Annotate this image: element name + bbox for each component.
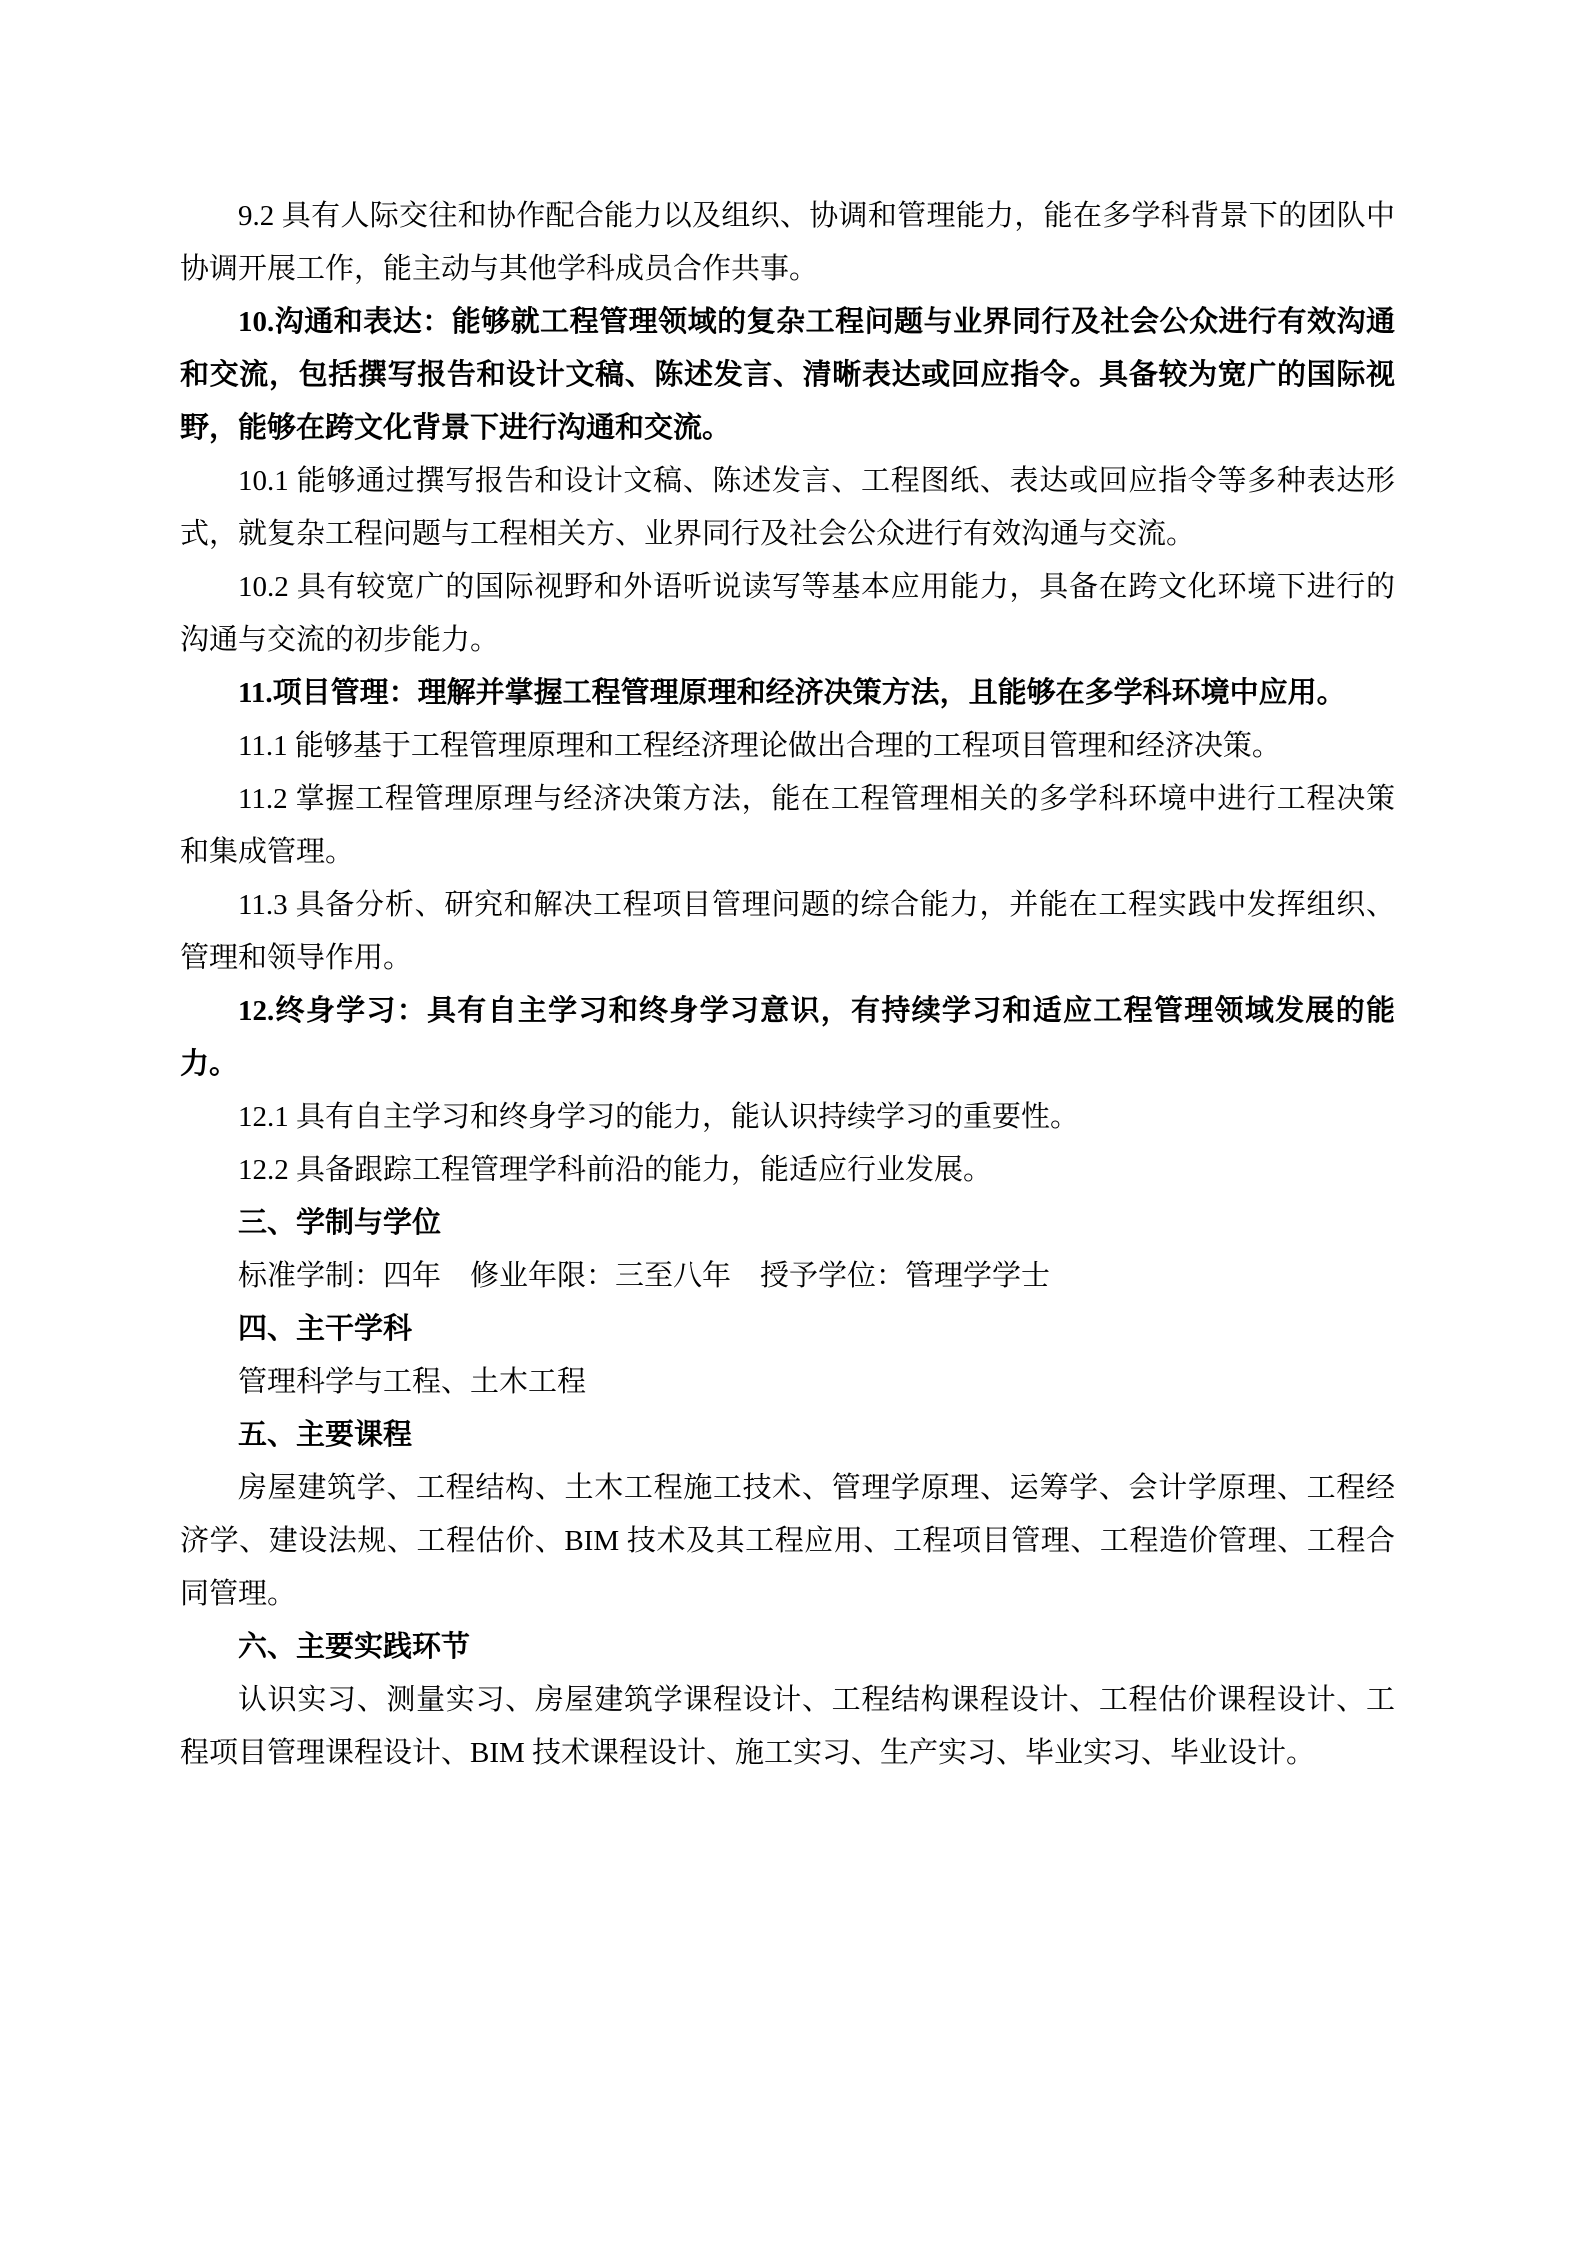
body-paragraph: 管理科学与工程、土木工程 xyxy=(180,1356,1395,1409)
document-page: 9.2 具有人际交往和协作配合能力以及组织、协调和管理能力，能在多学科背景下的团… xyxy=(0,0,1586,2245)
outcome-heading-paragraph: 11.项目管理：理解并掌握工程管理原理和经济决策方法，且能够在多学科环境中应用。 xyxy=(180,667,1395,720)
outcome-heading-paragraph: 12.终身学习：具有自主学习和终身学习意识，有持续学习和适应工程管理领域发展的能… xyxy=(180,985,1395,1091)
outcome-heading-paragraph: 10.沟通和表达：能够就工程管理领域的复杂工程问题与业界同行及社会公众进行有效沟… xyxy=(180,296,1395,455)
body-paragraph: 12.2 具备跟踪工程管理学科前沿的能力，能适应行业发展。 xyxy=(180,1144,1395,1197)
body-paragraph: 11.1 能够基于工程管理原理和工程经济理论做出合理的工程项目管理和经济决策。 xyxy=(180,720,1395,773)
body-paragraph: 标准学制：四年 修业年限：三至八年 授予学位：管理学学士 xyxy=(180,1250,1395,1303)
body-paragraph: 9.2 具有人际交往和协作配合能力以及组织、协调和管理能力，能在多学科背景下的团… xyxy=(180,190,1395,296)
section-heading: 四、主干学科 xyxy=(180,1303,1395,1356)
body-paragraph: 12.1 具有自主学习和终身学习的能力，能认识持续学习的重要性。 xyxy=(180,1091,1395,1144)
body-paragraph: 11.3 具备分析、研究和解决工程项目管理问题的综合能力，并能在工程实践中发挥组… xyxy=(180,879,1395,985)
body-paragraph: 10.2 具有较宽广的国际视野和外语听说读写等基本应用能力，具备在跨文化环境下进… xyxy=(180,561,1395,667)
body-paragraph: 11.2 掌握工程管理原理与经济决策方法，能在工程管理相关的多学科环境中进行工程… xyxy=(180,773,1395,879)
document-text: 9.2 具有人际交往和协作配合能力以及组织、协调和管理能力，能在多学科背景下的团… xyxy=(180,190,1395,1780)
section-heading: 五、主要课程 xyxy=(180,1409,1395,1462)
section-heading: 六、主要实践环节 xyxy=(180,1621,1395,1674)
section-heading: 三、学制与学位 xyxy=(180,1197,1395,1250)
body-paragraph: 10.1 能够通过撰写报告和设计文稿、陈述发言、工程图纸、表达或回应指令等多种表… xyxy=(180,455,1395,561)
body-paragraph: 认识实习、测量实习、房屋建筑学课程设计、工程结构课程设计、工程估价课程设计、工程… xyxy=(180,1674,1395,1780)
body-paragraph: 房屋建筑学、工程结构、土木工程施工技术、管理学原理、运筹学、会计学原理、工程经济… xyxy=(180,1462,1395,1621)
